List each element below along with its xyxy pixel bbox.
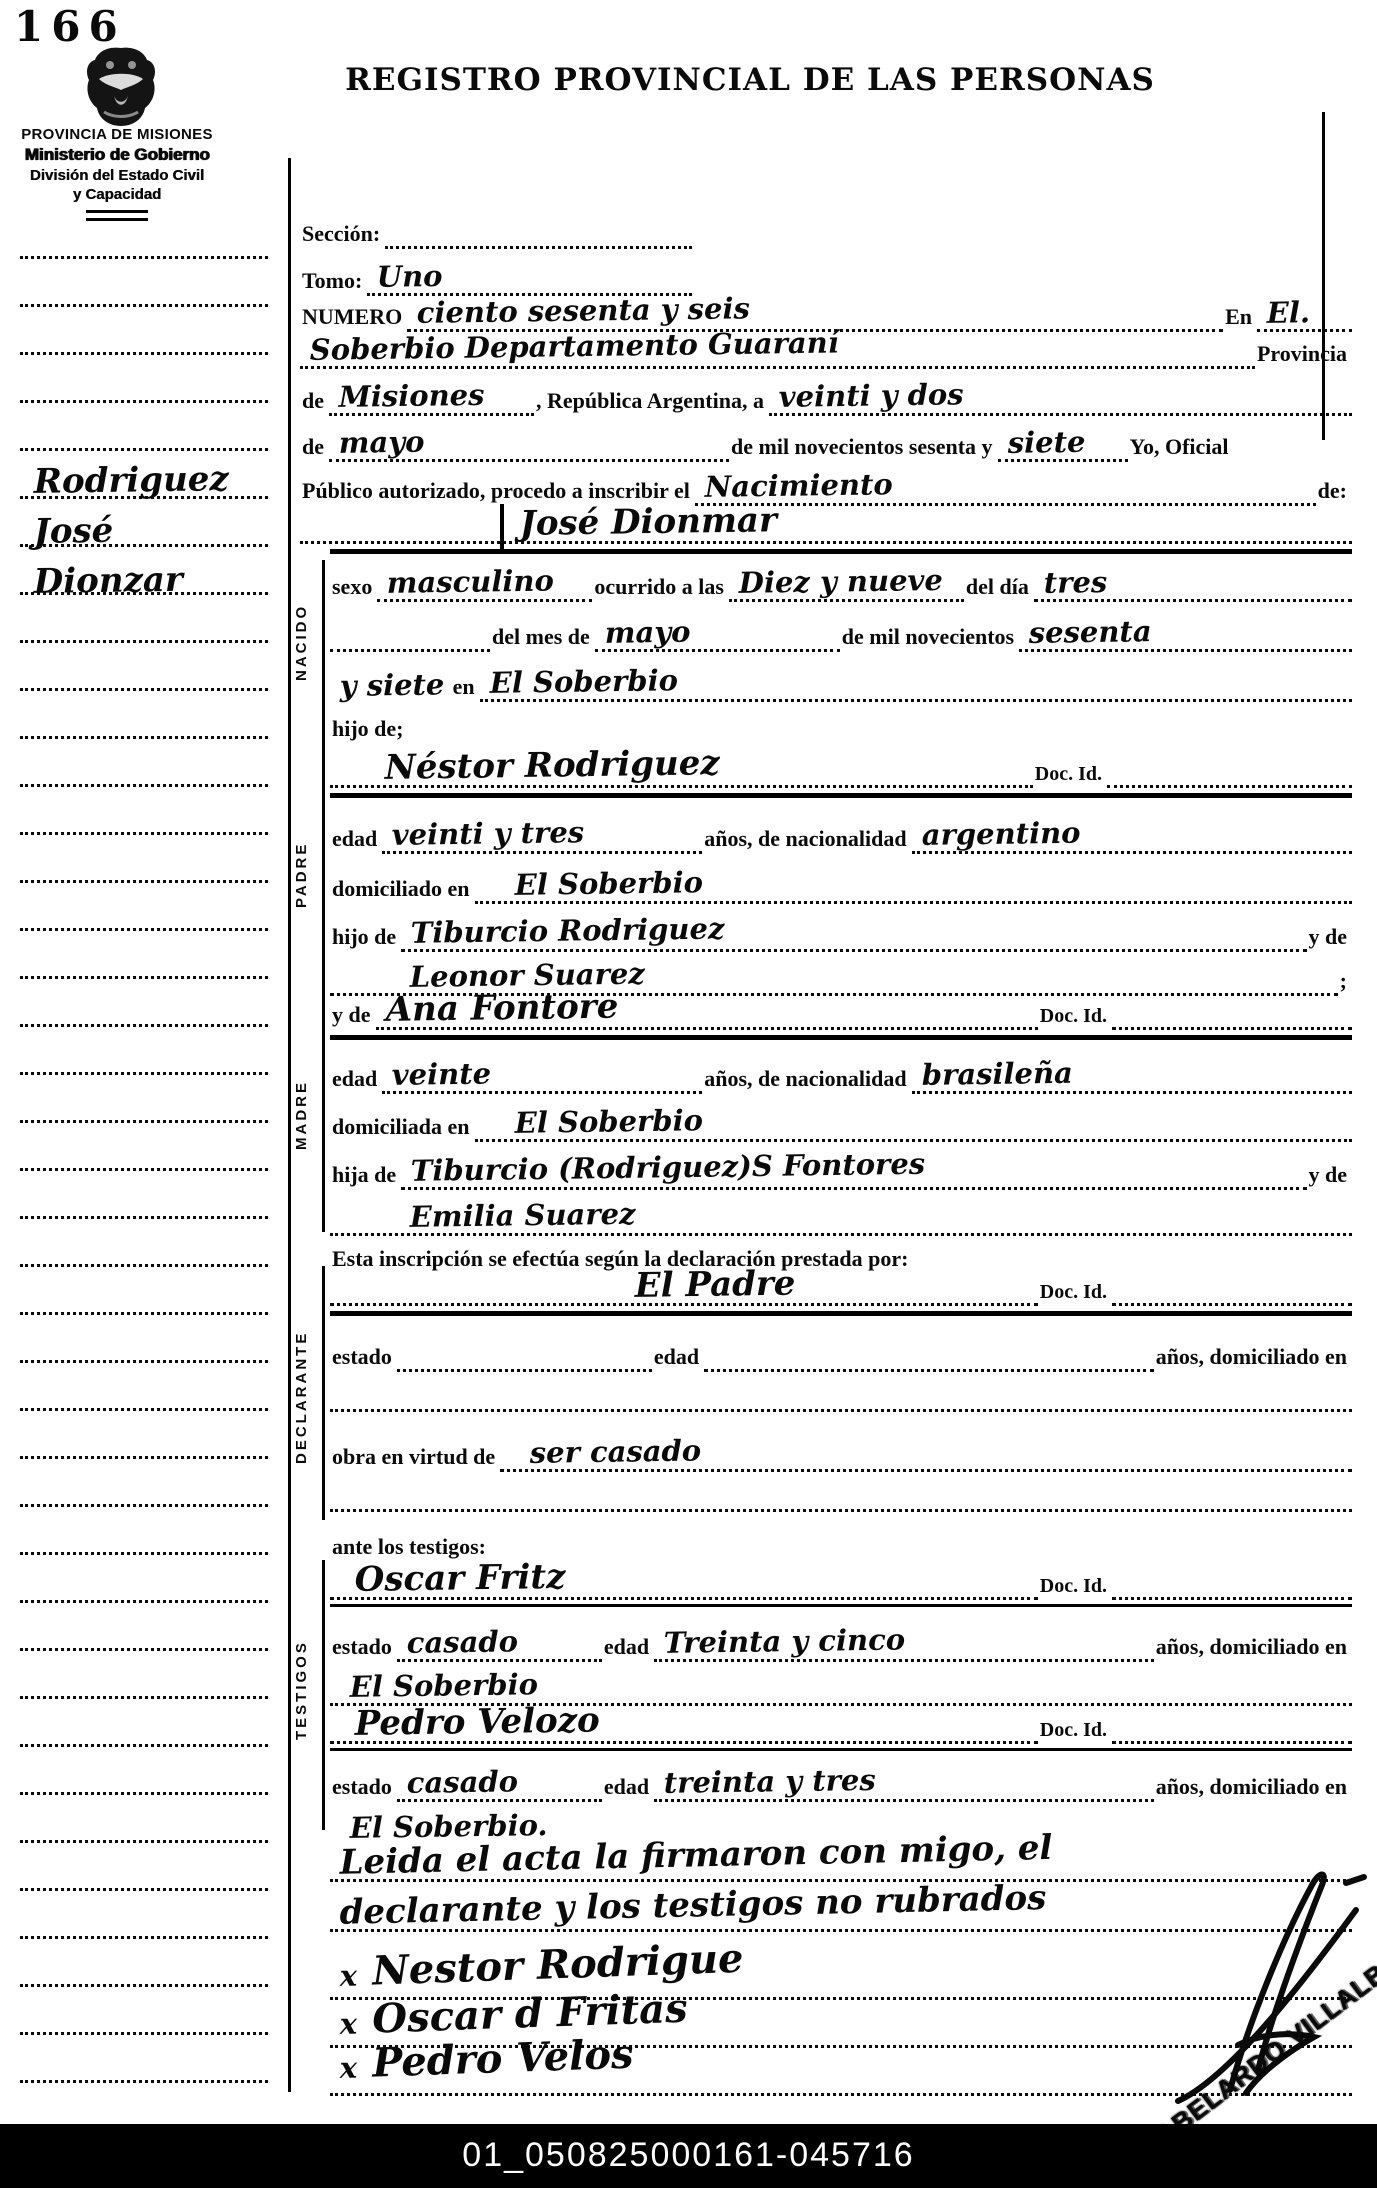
margin-line [20,592,268,595]
declarante-obra-row: obra en virtud de ser casado [330,1428,1352,1472]
madre-edad-label: edad [330,1066,382,1094]
margin-line [20,1168,268,1171]
testigo2-doc-label: Doc. Id. [1038,1719,1112,1744]
obra-label: obra en virtud de [330,1444,500,1472]
registered-name-row: José Dionmar [300,500,1352,544]
madre-edad-row: edad veinte años, de nacionalidad brasil… [330,1050,1352,1094]
letterhead-division-1: División del Estado Civil [6,167,228,184]
declarante-edad-field [704,1369,1154,1372]
margin-line [20,304,268,307]
testigo2-nombre-row: Pedro Velozo Doc. Id. [330,1700,1352,1744]
margin-line [20,1504,268,1507]
testigo1-edad-field: Treinta y cinco [654,1630,1154,1662]
testigo1-doc-field [1112,1597,1352,1600]
margin-line [20,2032,268,2035]
hora-field: Diez y nueve [729,570,964,602]
signature-1: Nestor Rodrigue [362,1940,750,1992]
margin-line [20,1120,268,1123]
testigo2-nombre-field: Pedro Velozo [330,1708,1038,1744]
padre-domicilio-field: El Soberbio [475,872,1352,904]
margin-line [20,928,268,931]
margin-line [20,1984,268,1987]
provincia-label: Provincia [1255,341,1352,369]
testigo2-anios-label: años, domiciliado en [1154,1774,1352,1802]
rule-under-declarante [330,1311,1352,1316]
act-value: Nacimiento [694,472,898,503]
testigo2-estado-field: casado [397,1770,602,1802]
padre-nombre-value: Néstor Rodriguez [375,747,726,785]
madre-nacionalidad-field: brasileña [912,1062,1352,1094]
madre-domicilio-label: domiciliada en [330,1114,475,1142]
padre-nombre-field: Néstor Rodriguez [330,752,1033,788]
declarante-blank-row-2 [330,1482,1352,1512]
province-field: Misiones [329,384,534,416]
margin-surname-text: Rodriguez [24,463,235,499]
padre-domicilio-label: domiciliado en [330,876,475,904]
day-value: veinti y dos [769,382,970,413]
testigo2-edad-value: treinta y tres [654,1767,882,1799]
padre-doc-label: Doc. Id. [1033,763,1107,788]
section-label-testigos: TESTIGOS [293,1590,317,1790]
testigo1-doc-label: Doc. Id. [1038,1575,1112,1600]
page-number: 166 [14,2,126,51]
madre-nombre-value: Ana Fontore [375,990,624,1027]
padre-nacionalidad-value: argentino [911,820,1086,851]
padre-y-de-label: y de [1307,924,1353,952]
padre-domicilio-row: domiciliado en El Soberbio [330,860,1352,904]
testigo2-edad-field: treinta y tres [654,1770,1154,1802]
margin-line [20,1840,268,1843]
madre-edad-field: veinte [382,1062,702,1094]
margin-line [20,1744,268,1747]
scan-code: 01_050825000161-045716 [462,2136,914,2174]
madre-edad-value: veinte [382,1061,498,1091]
testigo1-estado-value: casado [396,1629,524,1659]
margin-line [20,448,268,451]
padre-abuelo-value: Tiburcio Rodriguez [401,916,731,949]
mes-lead-field [330,649,490,652]
margin-line [20,736,268,739]
madre-abuela-value: Emilia Suarez [400,1201,642,1233]
testigo2-estado-label: estado [330,1774,397,1802]
scan-code-bar: 01_050825000161-045716 [0,2124,1377,2188]
mes-value: mayo [594,619,696,649]
letterhead-province: PROVINCIA DE MISIONES [6,126,228,143]
section-label-madre: MADRE [293,1040,317,1190]
padre-edad-label: edad [330,826,382,854]
declarante-doc-field [1112,1303,1352,1306]
place-row: Soberbio Departamento Guaraní Provincia [300,325,1352,369]
month-value: mayo [329,429,431,459]
margin-line [20,1600,268,1603]
testigo2-nombre-value: Pedro Velozo [345,1704,606,1741]
madre-nacionalidad-label: años, de nacionalidad [702,1066,911,1094]
declarante-estado-label: estado [330,1344,397,1372]
madre-doc-field [1112,1027,1352,1030]
rule-under-testigo2 [330,1748,1352,1751]
seccion-label: Sección: [300,221,385,249]
margin-line [20,1408,268,1411]
testigo1-estado-field: casado [397,1630,602,1662]
testigo1-edad-label: edad [602,1634,654,1662]
margin-line [20,1648,268,1651]
testigo2-doc-field [1112,1741,1352,1744]
dia-value: tres [1033,569,1113,599]
signature-mark-3: x [330,2055,364,2084]
madre-abuelo-field: Tiburcio (Rodriguez)S Fontores [401,1158,1306,1190]
testigo1-edad-value: Treinta y cinco [654,1627,912,1659]
margin-line [20,352,268,355]
day-field: veinti y dos [769,384,1352,416]
place-field: Soberbio Departamento Guaraní [300,337,1255,369]
madre-nacionalidad-value: brasileña [911,1060,1078,1091]
left-column-divider [288,158,291,2092]
margin-line [20,1312,268,1315]
madre-y-de2-label: y de [1307,1162,1353,1190]
madre-hija-de-label: hija de [330,1162,401,1190]
republica-label: , República Argentina, a [534,388,769,416]
rule-under-testigo1 [330,1604,1352,1607]
padre-edad-row: edad veinti y tres años, de nacionalidad… [330,810,1352,854]
registered-name-field: José Dionmar [300,508,1352,544]
provincial-seal-icon [84,46,158,133]
margin-line [20,640,268,643]
testigo1-nombre-field: Oscar Fritz [330,1564,1038,1600]
madre-abuela-field: Emilia Suarez [330,1204,1352,1236]
rule-under-padre [330,793,1352,798]
mes-row: del mes de mayo de mil novecientos sesen… [330,608,1352,652]
testigo2-estado-value: casado [396,1769,524,1799]
padre-nacionalidad-field: argentino [912,822,1352,854]
rule-under-madre [330,1035,1352,1040]
margin-line [20,1888,268,1891]
madre-nombre-field: Ana Fontore [376,994,1038,1030]
letterhead-ministry: Ministerio de Gobierno [6,145,228,165]
birth-certificate-page: 166 PROVINCIA DE MISIONES Ministerio de … [0,0,1377,2188]
margin-line [20,2080,268,2083]
padre-nombre-row: Néstor Rodriguez Doc. Id. [330,744,1352,788]
province-row: de Misiones , República Argentina, a vei… [300,372,1352,416]
sexo-row: sexo masculino ocurrido a las Diez y nue… [330,558,1352,602]
declarante-bracket [322,1266,325,1520]
declarante-estado-field [397,1369,652,1372]
lugar-field: El Soberbio [480,670,1352,702]
province-value: Misiones [329,382,491,413]
margin-line [20,832,268,835]
madre-doc-label: Doc. Id. [1038,1005,1112,1030]
padre-abuelo-row: hijo de Tiburcio Rodriguez y de [330,908,1352,952]
madre-domicilio-row: domiciliada en El Soberbio [330,1098,1352,1142]
ocurrido-label: ocurrido a las [592,574,729,602]
anio-label: de mil novecientos [840,624,1019,652]
margin-line [20,1360,268,1363]
declarante-por-row: El Padre Doc. Id. [330,1262,1352,1306]
margin-line [20,1024,268,1027]
margin-line [20,1792,268,1795]
closing-line-2-text: declarante y los testigos no rubrados [329,1882,1052,1930]
madre-abuelo-value: Tiburcio (Rodriguez)S Fontores [401,1151,932,1187]
yo-oficial-label: Yo, Oficial [1128,434,1234,462]
declarante-por-value: El Padre [625,1267,802,1303]
margin-line [20,1552,268,1555]
testigo1-anios-label: años, domiciliado en [1154,1634,1352,1662]
margin-line [20,1936,268,1939]
letterhead-division-2: y Capacidad [6,186,228,203]
section-label-declarante: DECLARANTE [293,1285,317,1510]
dia-label: del día [964,574,1034,602]
madre-nombre-row: y de Ana Fontore Doc. Id. [330,986,1352,1030]
testigo1-nombre-row: Oscar Fritz Doc. Id. [330,1556,1352,1600]
de-label: de [300,388,329,416]
section-label-nacido: NACIDO [293,575,317,710]
margin-line [20,1216,268,1219]
margin-line [20,256,268,259]
padre-abuelo-field: Tiburcio Rodriguez [401,920,1306,952]
obra-value: ser casado [520,1438,708,1469]
margin-line [20,880,268,883]
padre-doc-field [1107,785,1352,788]
year-field: siete [998,430,1128,462]
madre-domicilio-value: El Soberbio [504,1108,709,1139]
en-lugar-label: en [451,674,480,702]
nacido-bracket [322,560,325,748]
closing-line-1-text: Leida el acta la firmaron con migo, el [329,1831,1058,1880]
declarante-doc-label: Doc. Id. [1038,1281,1112,1306]
lugar-value: El Soberbio [479,668,684,699]
date-row: de mayo de mil novecientos sesenta y sie… [300,418,1352,462]
margin-firstname: José [24,505,120,549]
testigo1-domicilio-value: El Soberbio [340,1672,545,1703]
declarante-edad-label: edad [652,1344,704,1372]
padre-edad-value: veinti y tres [382,820,591,851]
margin-line [20,496,268,499]
madre-abuelo-row: hija de Tiburcio (Rodriguez)S Fontores y… [330,1146,1352,1190]
margin-line [20,688,268,691]
rule-under-name [330,549,1352,554]
margin-line [20,1072,268,1075]
margin-line [20,1264,268,1267]
declarante-por-field: El Padre [330,1270,1038,1306]
padre-nacionalidad-label: años, de nacionalidad [702,826,911,854]
obra-field: ser casado [500,1440,1352,1472]
declarante-blank-row-1 [330,1382,1352,1412]
section-label-padre: PADRE [293,800,317,950]
anio2-value: y siete [330,672,451,702]
sexo-value: masculino [377,568,560,599]
margin-line [20,784,268,787]
declarante-blank-field-1 [330,1409,1352,1412]
padre-domicilio-value: El Soberbio [504,870,709,901]
testigos-bracket [322,1560,325,1830]
signature-mark-1: x [330,1963,364,1992]
numero-value: ciento sesenta y seis [407,296,756,329]
lugar-row: y siete en El Soberbio [330,658,1352,702]
month-field: mayo [329,430,729,462]
hijo-de-label: hijo de; [330,716,409,744]
padre-edad-field: veinti y tres [382,822,702,854]
form-title: REGISTRO PROVINCIAL DE LAS PERSONAS [290,62,1210,98]
declarante-anios-label: años, domiciliado en [1154,1344,1352,1372]
madre-bracket [322,990,325,1232]
padre-hijo-de-label: hijo de [330,924,401,952]
margin-line [20,1456,268,1459]
dia-field: tres [1034,570,1352,602]
testigo2-estado-row: estado casado edad treinta y tres años, … [330,1758,1352,1802]
testigo1-estado-row: estado casado edad Treinta y cinco años,… [330,1618,1352,1662]
letterhead-rule [86,210,148,221]
sexo-field: masculino [377,570,592,602]
testigo1-nombre-value: Oscar Fritz [345,1561,572,1597]
margin-line [20,1696,268,1699]
signature-mark-2: x [330,2011,364,2040]
place-value: Soberbio Departamento Guaraní [300,330,845,366]
anio-field: sesenta [1019,620,1352,652]
testigo2-edad-label: edad [602,1774,654,1802]
mes-label: del mes de [490,624,595,652]
anio-value: sesenta [1019,619,1158,649]
registered-name-value: José Dionmar [510,504,784,541]
margin-line [20,976,268,979]
hora-value: Diez y nueve [728,567,948,599]
margin-surname: Rodriguez [24,455,235,499]
hijo-de-row: hijo de; [330,706,1352,744]
de2-label: de [300,434,329,462]
declarante-blank-field-2 [330,1509,1352,1512]
sexo-label: sexo [330,574,377,602]
margin-line [20,400,268,403]
madre-domicilio-field: El Soberbio [475,1110,1352,1142]
madre-abuela-row: Emilia Suarez [330,1192,1352,1236]
padre-bracket [322,746,325,998]
mes-field: mayo [595,620,840,652]
signature-3: Pedro Velos [362,2035,641,2084]
year-label: de mil novecientos sesenta y [729,434,998,462]
madre-y-de-label: y de [330,1002,376,1030]
seccion-field [385,246,692,249]
letterhead: PROVINCIA DE MISIONES Ministerio de Gobi… [6,126,228,221]
declarante-estado-row: estado edad años, domiciliado en [330,1328,1352,1372]
testigo1-estado-label: estado [330,1634,397,1662]
year-value: siete [997,429,1091,459]
margin-line [20,544,268,547]
seccion-row: Sección: [300,205,692,249]
